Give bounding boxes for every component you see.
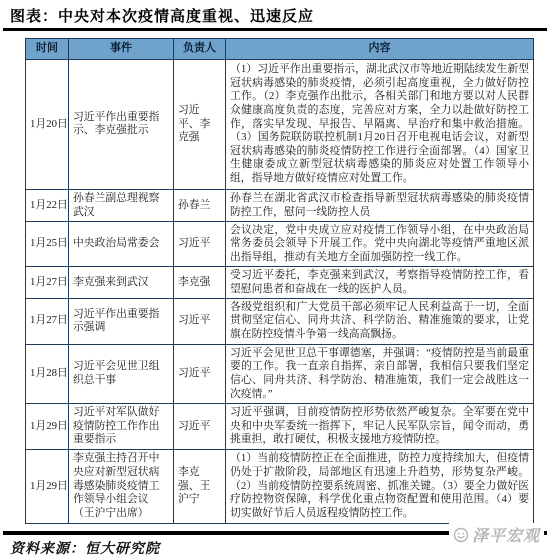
column-header-person: 负责人 — [174, 39, 226, 60]
cell-content: 习近平会见世卫总干事谭德塞，并强调：“疫情防控是当前最重要的工作。我一直亲自指挥… — [226, 344, 534, 404]
cell-date: 1月28日 — [26, 344, 69, 404]
cell-person: 习近平 — [174, 404, 226, 450]
cell-event: 习近平作出重要指示强调 — [69, 298, 174, 344]
timeline-table: 时间 事件 负责人 内容 1月20日 习近平作出重要指示、李克强批示 习近平、李… — [25, 38, 534, 524]
cell-event: 李克强来到武汉 — [69, 267, 174, 298]
watermark-text: 泽平宏观 — [472, 523, 540, 546]
cell-event: 李克强主持召开中央应对新型冠状病毒感染肺炎疫情工作领导小组会议（王沪宁出席） — [69, 449, 174, 523]
cell-date: 1月29日 — [26, 404, 69, 450]
table-row: 1月25日 中央政治局常委会 习近平 会议决定，党中央成立应对疫情工作领导小组，… — [26, 221, 534, 267]
column-header-time: 时间 — [26, 39, 69, 60]
table-row: 1月28日 习近平会见世卫组织总干事 习近平 习近平会见世卫总干事谭德塞，并强调… — [26, 344, 534, 404]
column-header-content: 内容 — [226, 39, 534, 60]
table-row: 1月29日 李克强主持召开中央应对新型冠状病毒感染肺炎疫情工作领导小组会议（王沪… — [26, 449, 534, 523]
cell-date: 1月29日 — [26, 449, 69, 523]
table-body: 1月20日 习近平作出重要指示、李克强批示 习近平、李克强 （1）习近平作出重要… — [26, 59, 534, 523]
cell-content: 习近平强调，目前疫情防控形势依然严峻复杂。全军要在党中央和中央军委统一指挥下，牢… — [226, 404, 534, 450]
brand-watermark: 泽平宏观 — [449, 523, 544, 546]
cell-content: （1）习近平作出重要指示，湖北武汉市等地近期陆续发生新型冠状病毒感染的肺炎疫情，… — [226, 59, 534, 190]
report-table-figure: 图表：中央对本次疫情高度重视、迅速反应 时间 事件 负责人 内容 1月20日 习… — [0, 0, 550, 560]
cell-person: 习近平、李克强 — [174, 59, 226, 190]
cell-event: 习近平会见世卫组织总干事 — [69, 344, 174, 404]
cell-person: 孙春兰 — [174, 190, 226, 221]
cell-event: 孙春兰副总理视察武汉 — [69, 190, 174, 221]
cell-date: 1月20日 — [26, 59, 69, 190]
cell-date: 1月27日 — [26, 298, 69, 344]
cell-person: 习近平 — [174, 344, 226, 404]
table-row: 1月22日 孙春兰副总理视察武汉 孙春兰 孙春兰在湖北省武汉市检查指导新型冠状病… — [26, 190, 534, 221]
smiley-logo-icon — [453, 527, 469, 543]
cell-date: 1月25日 — [26, 221, 69, 267]
cell-event: 中央政治局常委会 — [69, 221, 174, 267]
cell-content: 孙春兰在湖北省武汉市检查指导新型冠状病毒感染的肺炎疫情防控工作，慰问一线防控人员 — [226, 190, 534, 221]
cell-person: 李克强 — [174, 267, 226, 298]
cell-person: 习近平 — [174, 298, 226, 344]
cell-content: （1）当前疫情防控正在全面推进，防控力度持续加大，但疫情仍处于扩散阶段，局部地区… — [226, 449, 534, 523]
table-header-row: 时间 事件 负责人 内容 — [26, 39, 534, 60]
table-row: 1月29日 习近平对军队做好疫情防控工作作出重要指示 习近平 习近平强调，目前疫… — [26, 404, 534, 450]
cell-event: 习近平作出重要指示、李克强批示 — [69, 59, 174, 190]
cell-person: 李克强、王沪宁 — [174, 449, 226, 523]
title-divider-rule — [3, 28, 547, 31]
cell-content: 各级党组织和广大党员干部必须牢记人民利益高于一切，全面贯彻坚定信心、同舟共济、科… — [226, 298, 534, 344]
table-row: 1月20日 习近平作出重要指示、李克强批示 习近平、李克强 （1）习近平作出重要… — [26, 59, 534, 190]
table-row: 1月27日 李克强来到武汉 李克强 受习近平委托，李克强来到武汉，考察指导疫情防… — [26, 267, 534, 298]
figure-title: 图表：中央对本次疫情高度重视、迅速反应 — [10, 5, 314, 26]
table-row: 1月27日 习近平作出重要指示强调 习近平 各级党组织和广大党员干部必须牢记人民… — [26, 298, 534, 344]
source-note: 资料来源：恒大研究院 — [10, 538, 160, 558]
cell-person: 习近平 — [174, 221, 226, 267]
cell-content: 会议决定，党中央成立应对疫情工作领导小组，在中央政治局常务委员会领导下开展工作。… — [226, 221, 534, 267]
cell-date: 1月22日 — [26, 190, 69, 221]
cell-event: 习近平对军队做好疫情防控工作作出重要指示 — [69, 404, 174, 450]
cell-content: 受习近平委托，李克强来到武汉，考察指导疫情防控工作，看望慰问患者和奋战在一线的医… — [226, 267, 534, 298]
cell-date: 1月27日 — [26, 267, 69, 298]
column-header-event: 事件 — [69, 39, 174, 60]
